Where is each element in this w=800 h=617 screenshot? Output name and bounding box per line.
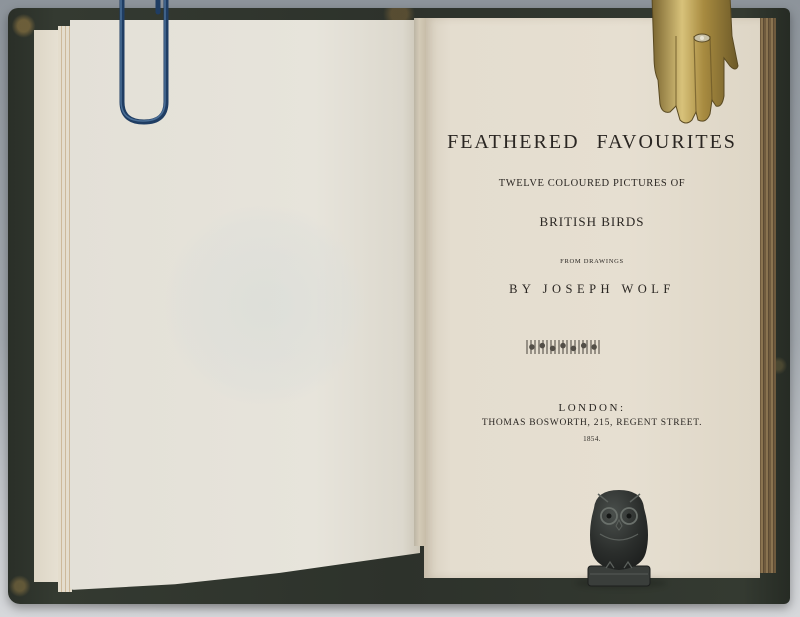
from-drawings-line: FROM DRAWINGS xyxy=(424,258,760,265)
plate-offset-ghost xyxy=(165,205,365,405)
brass-hand-icon xyxy=(640,0,740,128)
imprint-year: 1854. xyxy=(424,435,760,443)
book-subtitle: TWELVE COLOURED PICTURES OF xyxy=(424,178,760,189)
book-author: BY JOSEPH WOLF xyxy=(424,282,760,297)
imprint-publisher: THOMAS BOSWORTH, 215, REGENT STREET. xyxy=(424,418,760,428)
owl-figurine-icon xyxy=(582,486,656,590)
printer-ornament-icon xyxy=(526,340,600,354)
book-title: FEATHERED FAVOURITES xyxy=(424,131,760,154)
left-page-edges xyxy=(58,26,72,592)
book-photo-scene: FEATHERED FAVOURITES TWELVE COLOURED PIC… xyxy=(0,0,800,617)
book-subject: BRITISH BIRDS xyxy=(424,214,760,230)
imprint-city: LONDON: xyxy=(424,402,760,414)
paperclip-icon xyxy=(114,0,174,128)
